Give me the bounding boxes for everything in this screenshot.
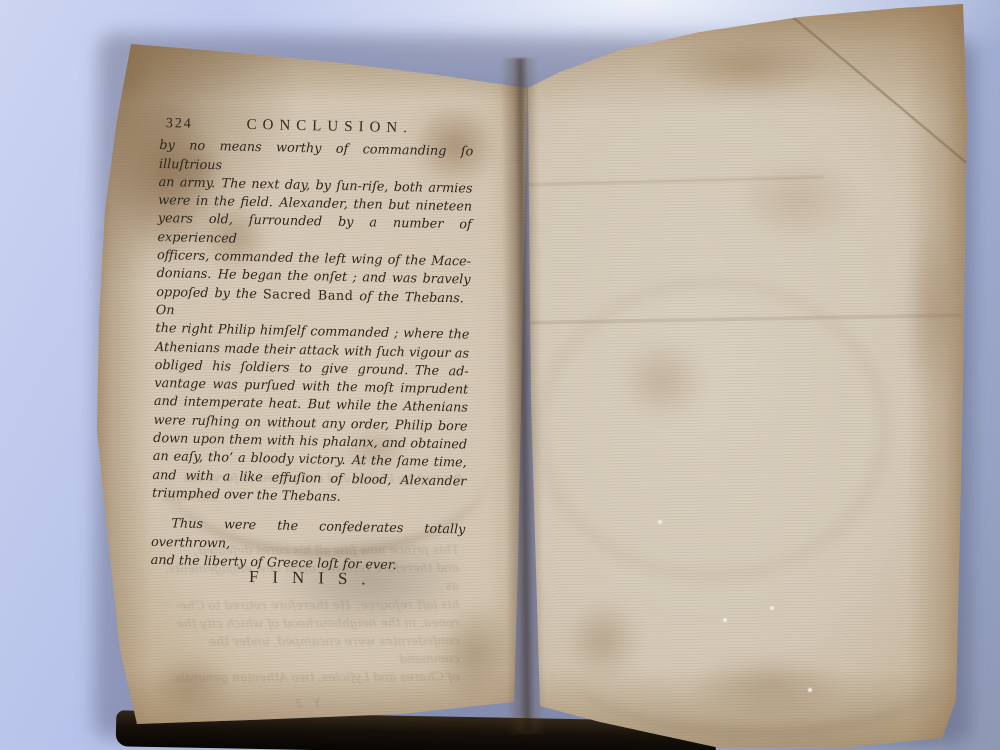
printed-text-block: 324 CONCLUSION. by no means worthy of co…	[150, 114, 473, 577]
paper-speck	[658, 520, 662, 524]
show-through-line: confederates were encamped, under the co…	[153, 632, 459, 669]
show-through-line: his laſt reſource. He therefore retired …	[153, 595, 459, 614]
text-segment-roman: Sacred Band	[263, 287, 354, 304]
page-curl-shadow	[568, 600, 948, 735]
paper-speck	[723, 618, 727, 622]
oval-impression	[538, 280, 886, 578]
paper-speck	[770, 606, 774, 610]
gutter-shadow	[500, 58, 545, 734]
show-through-line: intereſts.	[160, 487, 462, 507]
show-through-line: This prince now ſaw all his cares defeat…	[153, 541, 459, 560]
foxing-stain	[628, 20, 868, 110]
left-page: 324 CONCLUSION. by no means worthy of co…	[90, 40, 532, 732]
right-page-blank	[508, 0, 972, 750]
show-through-signature-mark: Y 2	[154, 693, 460, 712]
show-through-line: framed by Philip, and calculated to ſerv…	[160, 469, 462, 489]
show-through-text: framed by Philip, and calculated to ſerv…	[160, 469, 462, 507]
paper-speck	[808, 688, 812, 692]
show-through-line: of Chares and Lyſicles, two Athenian gen…	[153, 668, 459, 687]
chapter-heading: CONCLUSION.	[236, 116, 424, 138]
foxing-stain	[708, 140, 888, 260]
open-book-photo: 324 CONCLUSION. by no means worthy of co…	[0, 0, 1000, 750]
text-segment: oppoſed by the	[156, 285, 263, 302]
page-number: 324	[160, 115, 236, 135]
show-through-line: ronea, in the neighbourhood of which cit…	[153, 613, 459, 632]
